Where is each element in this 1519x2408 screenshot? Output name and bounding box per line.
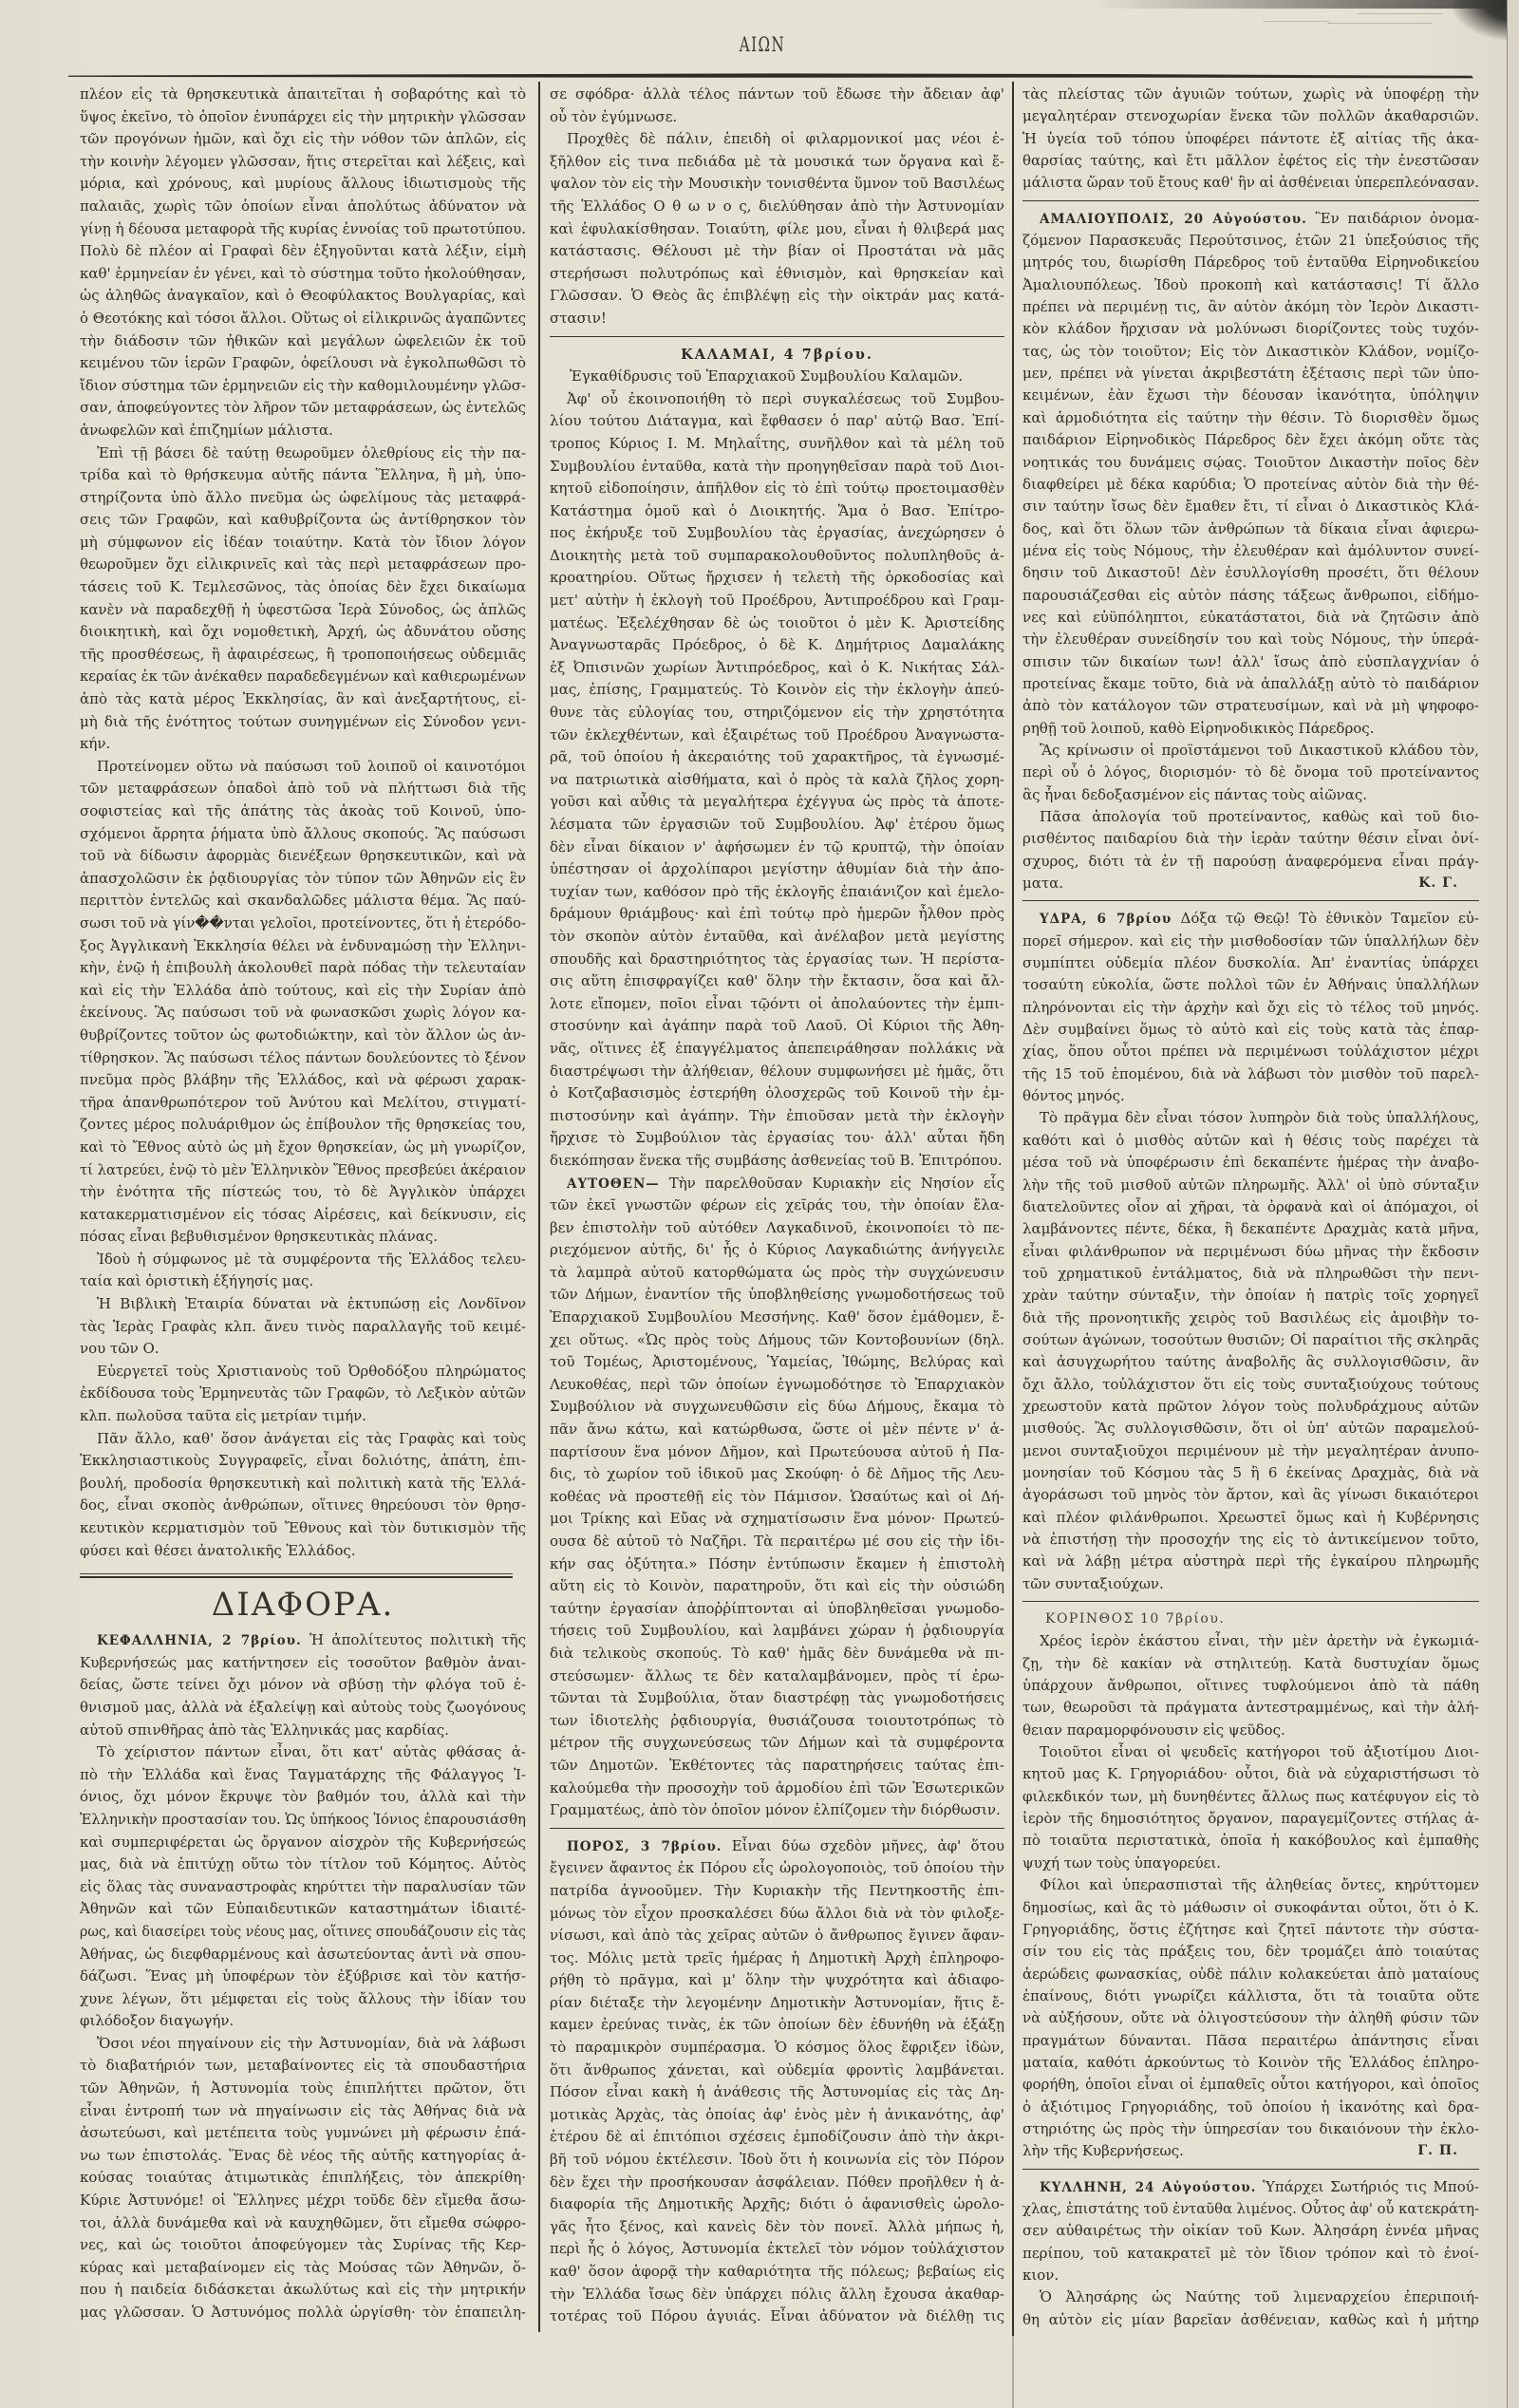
line-content: τὴν κοινὴν λέγομεν γλῶσσαν, ἥτις στερεῖτ… (80, 151, 526, 174)
line-text: Ἡ ἀπολίτευτος πολιτικὴ τῆς (309, 1631, 526, 1648)
line-text: μοι Τρίκης καὶ Εὔας νὰ σχηματίσωσιν ἕνα … (550, 1510, 1004, 1527)
line-content: στοσύνην καὶ ἀγάπην παρὰ τοῦ Λαοῦ. Οἱ Κύ… (550, 1015, 1004, 1038)
paragraph: ΑΜΑΛΙΟΥΠΟΛΙΣ, 20 Αὐγούστου. Ἓν παιδάριον… (1022, 208, 1479, 740)
text-line: θαρσίας ταύτης, καὶ ἔτι μᾶλλον ἐφέτος εἰ… (1022, 150, 1479, 172)
line-text: Ἀναγνωσταρᾶς Πρόεδρος, ὁ δὲ Κ. Δημήτριος… (550, 636, 1004, 653)
text-line: κιον. (1022, 2265, 1479, 2286)
paragraph: ΚΕΦΑΛΛΗΝΙΑ, 2 7βρίου. Ἡ ἀπολίτευτος πολι… (80, 1629, 526, 1741)
line-content: δράμουν θριάμβους· καὶ ἐπὶ τούτῳ πρὸ ἡμε… (550, 903, 1004, 926)
text-line: διὰ τῆς προνοητικῆς χειρὸς τοῦ Βασιλέως … (1022, 1307, 1479, 1329)
line-content: ἐξ Ὀπισινῶν χωρίων Ἀντιπρόεδρος, καὶ ὁ Κ… (550, 657, 1004, 680)
line-text: Κυβερνήσεώς μας κατήντησεν εἰς τοσοῦτον … (80, 1654, 526, 1671)
line-content: εἶναι ἐντροπή των νὰ πηγαίνωσιν εἰς τὰς … (80, 2100, 526, 2123)
line-text: ζοντες μέρος πολυάριθμον ὡς ἐπίβουλον τῆ… (80, 1116, 526, 1133)
line-text: Διοικητὴς μετὰ τοῦ συμπαρακολουθοῦντος π… (550, 547, 1004, 564)
text-line: πατρίδα ἀγνοοῦμεν. Τὴν Κυριακὴν τῆς Πεντ… (550, 1880, 1004, 1903)
line-content: γίνῃ ἡ δέουσα μεταφορὰ τῆς κυρίας ἐννοία… (80, 218, 526, 241)
line-text: ὑπάρχουν ἄνθρωποι, οἵτινες τυφλούμενοι ἀ… (1022, 1677, 1479, 1694)
line-content: ὁ Κοτζαβασισμὸς ἐστερήθη ὁλοσχερῶς τοῦ Κ… (550, 1082, 1004, 1105)
text-line: τῆρα ἀπανθρωπότερον τοῦ Ἀνύτου καὶ Μελίτ… (80, 1092, 526, 1115)
line-content: τῶν μεταφράσεων ὀπαδοὶ ἀπὸ τοῦ νὰ πλήττω… (80, 778, 526, 800)
text-line: γᾶς ἦτο ξένος, καὶ κανεὶς δὲν τὸν πονεῖ.… (550, 2216, 1004, 2239)
line-content: Ὅσοι νέοι πηγαίνουν εἰς τὴν Ἀστυνομίαν, … (97, 2033, 526, 2056)
paragraph: ΠΟΡΟΣ, 3 7βρίου. Εἶναι δύω σχεδὸν μῆνες,… (550, 1835, 1004, 2328)
line-content: σπουδῆς καὶ δραστηριότητος τὰς ἐργασίας … (550, 949, 1004, 971)
text-line: κητοῦ εἰδοποίησιν, ἀπῆλθον εἰς τὸ ἐπὶ το… (550, 478, 1004, 500)
line-text: διαφορία τῆς Δημοτικῆς Ἀρχῆς; διότι ὁ ἀφ… (550, 2195, 1004, 2212)
text-line: ματα.Κ. Γ. (1022, 873, 1479, 894)
line-text: Εἶναι δύω σχεδὸν μῆνες, ἀφ' ὅτου (732, 1837, 1004, 1854)
paragraph: Ἡ Βιβλικὴ Ἑταιρία δύναται νὰ ἐκτυπώσῃ εἰ… (80, 1293, 526, 1361)
line-text: όνιος, ὄχι μόνον ἔκρυψε τὸν βαθμόν του, … (80, 1788, 526, 1805)
article-column-right: τὰς πλείστας τῶν ἀγυιῶν τούτων, χωρὶς νὰ… (1022, 84, 1479, 2331)
line-text: τῶν Δήμων, ἐναντίον τῆς ὑποβληθείσης γνω… (550, 1286, 1004, 1303)
line-text: θόντος μηνός. (1022, 1087, 1125, 1104)
text-line: ΥΔΡΑ, 6 7βρίου Δόξα τῷ Θεῷ! Τὸ ἐθνικὸν Τ… (1022, 908, 1479, 930)
line-text: τῶν προγόνων ἡμῶν, καὶ ὄχι εἰς τὴν νόθον… (80, 130, 526, 147)
line-content: πληρόνονται εἰς τὴν ἀρχὴν καὶ ὄχι εἰς τὸ… (1022, 997, 1479, 1019)
line-content: πος ἐκήρυξε τοῦ Συμβουλίου τὰς ἐργασίας,… (550, 522, 1004, 545)
text-line: όνιος, ὄχι μόνον ἔκρυψε τὸν βαθμόν του, … (80, 1786, 526, 1809)
line-text: καθότι καὶ ὁ μισθὸς αὐτῶν καὶ ἡ θέσις το… (1022, 1132, 1479, 1149)
text-line: ρηθῇ τοῦ λοιποῦ, καθὸ Εἰρηνοδικικὸς Πάρε… (1022, 718, 1479, 740)
line-content: ἀσωτεύωσι, καὶ μετέπειτα τοὺς γυμνώνει μ… (80, 2122, 526, 2145)
line-text: Ἓν παιδάριον ὀνομα- (1315, 210, 1479, 227)
line-content: θεωροῦμεν ὄχι εἰλικρινεῖς καὶ τὰς περὶ μ… (80, 554, 526, 576)
text-line: ματέως. Ἐξελέχθησαν δὲ ὡς τοιοῦτοι ὁ μὲν… (550, 612, 1004, 635)
line-text: τὸ παραμικρὸν συμπέρασμα. Ὁ κόσμος ὅλος … (550, 2039, 1004, 2056)
text-line: κὴν, ἐνῷ ἡ ἐπιβουλὴ ἀκολουθεῖ παρὰ πόδας… (80, 957, 526, 980)
line-text: κούσας τοιαύτας ἀτιμωτικὰς ἐπιπλήξεις, τ… (80, 2169, 526, 2186)
line-text: Τὸ χείριστον πάντων εἶναι, ὅτι κατ' αὐτὰ… (97, 1743, 526, 1760)
text-line: Ἡ ὑγεία τοῦ τόπου ὑποφέρει πάντοτε ἐξ αἰ… (1022, 128, 1479, 150)
line-text: δείας, ὥστε τείνει ὄχι μόνον νὰ σβύσῃ τὴ… (80, 1676, 526, 1693)
text-line: σούτων ἀγώνων, τοσούτων θυσιῶν; Οἱ παραί… (1022, 1329, 1479, 1351)
line-text: ψαλον τὸν εἰς τὴν Μουσικὴν τονισθέντα ὕμ… (550, 175, 1004, 192)
line-content: των ἰδιοτελὴς ῥᾳδιουργία, θυσιάζουσα τοι… (550, 1710, 1004, 1733)
line-text: σιν ταύτην ἴσως δὲν ἔμαθεν ἔτι, τί εἶναι… (1022, 498, 1479, 515)
line-text: τοῦ Τομέως, Ἀριστομένους, Ὑαμείας, Ἰθώμη… (550, 1353, 1004, 1370)
line-content: τῶν Δημοτῶν. Ἐκθέτοντες τὰς παρατηρήσεις… (550, 1755, 1004, 1778)
line-text: ὁ Θεοτόκης καὶ τόσοι ἄλλοι. Οὕτως οἱ εἰλ… (80, 310, 526, 327)
line-content: Ἐπαρχιακοῦ Συμβουλίου Μεσσήνης. Καθ' ὅσο… (550, 1307, 1004, 1329)
line-text: θειαν παραμορφόνουσιν εἰς ψεῦδος. (1022, 1721, 1285, 1739)
line-text: Κατάστημα ὁμοῦ καὶ ὁ Διοικητής. Ἅμα ὁ Βα… (550, 502, 1004, 519)
line-content: τῶν συνταξιούχων. (1022, 1573, 1164, 1595)
line-content: τῆς 15 τοῦ ἐπομένου, διὰ νὰ λάβωσι τὸν μ… (1022, 1063, 1479, 1085)
line-text: τοτέρας τοῦ Πόρου ἀγυιάς. Εἶναι ἀδύνατον… (550, 2307, 1004, 2324)
line-content: τίθρησκον. Ἂς παύσωσι τέλος πάντων δουλε… (80, 1047, 526, 1070)
text-line: παιδάριον Εἰρηνοδικὸς Πάρεδρος δὲν ἔχει … (1022, 429, 1479, 451)
line-content: κητοῦ μας Κ. Γρηγοριάδου· οὗτοι, διὰ νὰ … (1022, 1763, 1479, 1785)
line-text: Ἐπαρχιακοῦ Συμβουλίου Μεσσήνης. Καθ' ὅσο… (550, 1308, 1004, 1326)
line-content: πὸ τὴν Ἑλλάδα καὶ ἕνας Ταγματάρχης τῆς Φ… (80, 1764, 526, 1787)
line-text: σούτων ἀγώνων, τοσούτων θυσιῶν; Οἱ παραί… (1022, 1331, 1479, 1348)
text-line: δράμουν θριάμβους· καὶ ἐπὶ τούτῳ πρὸ ἡμε… (550, 903, 1004, 926)
text-line: σχόμενοι ἄρρητα ῥήματα ὑπὸ ἄλλους σκοπού… (80, 823, 526, 846)
text-line: εἶναι ἐντροπή των νὰ πηγαίνωσιν εἰς τὰς … (80, 2100, 526, 2123)
line-text: ἐξ Ὀπισινῶν χωρίων Ἀντιπρόεδρος, καὶ ὁ Κ… (550, 659, 1004, 676)
line-content: Τὸ πρᾶγμα δὲν εἶναι τόσον λυπηρὸν διὰ το… (1040, 1107, 1479, 1129)
line-content: ζῃ, τὴν δὲ κακίαν νὰ στηλιτεύῃ. Κατὰ δυσ… (1022, 1653, 1479, 1675)
text-line: ἀπασχολῶσιν ἐκ ῥᾳδιουργίας τὸν τύπον τῶν… (80, 868, 526, 891)
line-content: καὶ τὸ Ἔθνος αὐτὸ ὡς μὴ ἔχον θρησκείαν, … (80, 1137, 526, 1159)
text-line: παλαιᾶς, χωρὶς τῶν ὁποίων εἶναι ἀπολύτως… (80, 196, 526, 218)
line-text: φύσει καὶ θέσει ἀνατολικῆς Ἑλλάδος. (80, 1542, 356, 1559)
text-line: ματαία, καθότι ἀρκούντως τὸ Κοινὸν τῆς Ἑ… (1022, 2052, 1479, 2074)
line-text: ματα. (1022, 875, 1063, 892)
headline: ΚΑΛΑΜΑΙ, 4 7βρίου. (550, 344, 1004, 367)
line-text: Χρέος ἱερὸν ἑκάστου εἶναι, τὴν μὲν ἀρετὴ… (1040, 1632, 1479, 1649)
line-content: στεύσωμεν· ἄλλως τε δὲν καταλαμβάνομεν, … (550, 1665, 1004, 1688)
paragraph: Τοιοῦτοι εἶναι οἱ ψευδεῖς κατήγοροι τοῦ … (1022, 1741, 1479, 1874)
text-line: κατακερματισμένον εἰς τόσας Αἱρέσεις, κα… (80, 1204, 526, 1227)
line-text: διὰ τῆς προνοητικῆς χειρὸς τοῦ Βασιλέως … (1022, 1309, 1479, 1326)
text-line: στηριότης ὡς πρὸς τὴν ὑπηρεσίαν του δικα… (1022, 2118, 1479, 2140)
line-text: Δόξα τῷ Θεῷ! Τὸ ἐθνικὸν Ταμεῖον εὐ- (1180, 910, 1478, 927)
line-text: Γραμματέως, ἀπὸ τὸν ὁποῖον μόνον ἐλπίζομ… (550, 1801, 1001, 1818)
text-line: θυβρίζοντες τοῦτον ὡς φωτοδιώκτην, καὶ τ… (80, 1025, 526, 1047)
text-line: Φίλοι καὶ ὑπερασπισταὶ τῆς ἀληθείας ὄντε… (1022, 1874, 1479, 1896)
text-line: θνισμοῦ μας, ἀλλὰ νὰ ἐξαλείψῃ καὶ αὐτοὺς… (80, 1697, 526, 1720)
line-text: ἐκδίδουσα τοὺς Ἑρμηνευτὰς τῶν Γραφῶν, τὸ… (80, 1384, 526, 1402)
line-text: Συμβουλίου ἐνταῦθα, κατὰ τὴν προηγηθεῖσα… (550, 458, 1004, 475)
text-line: στεύσωμεν· ἄλλως τε δὲν καταλαμβάνομεν, … (550, 1665, 1004, 1688)
text-line: τήσεις τοῦ Συμβουλίου, καὶ λαμβάνει χώρα… (550, 1620, 1004, 1643)
line-text: τῶνται τὰ Συμβούλια, ὅταν διαστρέφῃ τὰς … (550, 1689, 1004, 1706)
text-line: δημοσίως, καὶ ἂς τὸ μάθωσιν οἱ συκοφάντα… (1022, 1897, 1479, 1919)
line-content: Γρηγοριάδης, ὅστις ἐζήτησε καὶ ζητεῖ πάν… (1022, 1919, 1479, 1941)
text-line: κειμένου τῶν ἱερῶν Γραφῶν, ὀφείλουσι νὰ … (80, 352, 526, 375)
text-line: ἀερώδεις φωνασκίας, οὐδὲ πάλιν κολακεύετ… (1022, 1964, 1479, 1985)
text-line: μὴ διὰ τῆς ἑνότητος τούτων συνηγμένων εἰ… (80, 711, 526, 734)
line-content: ρηθῇ τοῦ λοιποῦ, καθὸ Εἰρηνοδικικὸς Πάρε… (1022, 718, 1374, 740)
text-line: μόνως τὸν εἶχον προσκαλέσει δύω ἄλλοι δι… (550, 1903, 1004, 1926)
line-text: νω των ἐπιστολάς. Ἕνας δὲ νέος τῆς αὐτῆς… (80, 2147, 526, 2164)
text-line: ἀνωφελῶν καὶ ἐπιζημίων μάλιστα. (80, 420, 526, 442)
line-text: ταύτην ἐργασίαν ἀποῤῥίπτονται αἱ ὑποβληθ… (550, 1600, 1004, 1617)
text-line: λοτε εἴπομεν, ποῖοι εἶναι τῷόντι οἱ ἀπολ… (550, 993, 1004, 1016)
line-content: ἀερώδεις φωνασκίας, οὐδὲ πάλιν κολακεύετ… (1022, 1964, 1479, 1985)
text-line: ἐκδίδουσα τοὺς Ἑρμηνευτὰς τῶν Γραφῶν, τὸ… (80, 1383, 526, 1405)
line-content: πραγμάτων δύνανται. Πᾶσα περαιτέρω ἀπάντ… (1022, 2030, 1479, 2052)
line-text: ἐπαίνους, διότι γνωρίζει κάλλιστα, ὅτι τ… (1022, 1987, 1479, 2004)
text-line: ὑπέστησαν οἱ ἀρχολίπαροι μεγίστην ἀθυμία… (550, 858, 1004, 881)
line-text: πραγμάτων δύνανται. Πᾶσα περαιτέρω ἀπάντ… (1022, 2032, 1479, 2049)
line-text: λέσματα τῶν ἐργασιῶν τοῦ Συμβουλίου. Ἀφ'… (550, 816, 1004, 833)
text-line: ἤρχισε τὸ Συμβούλιον τὰς ἐργασίας του· ἀ… (550, 1127, 1004, 1150)
line-content: Γλῶσσαν. Ὁ Θεὸς ἂς ἐπιβλέψῃ εἰς τὴν οἰκτ… (550, 285, 1004, 308)
text-line: Γραμματέως, ἀπὸ τὸν ὁποῖον μόνον ἐλπίζομ… (550, 1799, 1004, 1822)
line-text: ἐκείνους. Ἂς παύσωσι τοῦ νὰ φωνασκῶσι χω… (80, 1004, 526, 1021)
line-text: χλας, ἐπιστάτης τοῦ ἐνταῦθα λιμένος. Οὗτ… (1022, 2200, 1479, 2217)
text-line: καθότι καὶ ὁ μισθὸς αὐτῶν καὶ ἡ θέσις το… (1022, 1130, 1479, 1152)
line-text: μάλιστα ὥραν τοῦ ἔτους καθ' ἣν αἱ ἀσθένε… (1022, 174, 1479, 191)
line-content: Δὲν συμβαίνει ὅμως τὸ αὐτὸ καὶ εἰς τοὺς … (1022, 1019, 1479, 1041)
line-content: σιν ταύτην ἴσως δὲν ἔμαθεν ἔτι, τί εἶναι… (1022, 496, 1479, 517)
paragraph: Φίλοι καὶ ὑπερασπισταὶ τῆς ἀληθείας ὄντε… (1022, 1874, 1479, 2162)
line-text: αὕτη εἰς τὸ Κοινὸν, παρατηροῦν, ὅτι καὶ … (550, 1577, 1004, 1594)
line-text: περιττὸν ἐντελῶς καὶ σκανδαλῶδες μάλιστα… (80, 892, 526, 909)
line-text: Ἀθηνῶν καὶ τῶν Εὐπαιδευτικῶν καταστημάτω… (80, 1900, 526, 1917)
text-line: διὰ τελικοὺς σκοπούς. Τὸ καθ' ἡμᾶς δὲν δ… (550, 1643, 1004, 1665)
line-content: Κύριε Ἀστυνόμε! οἱ Ἕλληνες μέχρι τοῦδε δ… (80, 2190, 526, 2212)
text-line: φορήθη, ὁποῖοι εἶναι οἱ ἐμπαθεῖς οὗτοι κ… (1022, 2074, 1479, 2096)
line-content: ρίαν διέταξε τὴν λεγομένην Δημοτικὴν Ἀστ… (550, 1992, 1004, 2015)
text-line: νὰ αὐξήσουν, οὔτε νὰ ὀλιγοστεύσουν τὴν ἀ… (1022, 2007, 1479, 2029)
line-text: ρᾶ, τοῦ ὁποίου ἡ ἀκεραιότης τοῦ χαρακτῆρ… (550, 748, 1004, 765)
text-line: τὴν Ἑλλάδα ἴσως δὲν ὑπάρχει πόλις ἄλλη ἔ… (550, 2284, 1004, 2306)
text-line: φιλεκδικόν των, μὴ δυνηθέντες ἄλλως πως … (1022, 1786, 1479, 1808)
line-text: στασιν! (550, 310, 607, 327)
line-text: γίνῃ ἡ δέουσα μεταφορὰ τῆς κυρίας ἐννοία… (80, 220, 526, 237)
line-text: φιλεκδικόν των, μὴ δυνηθέντες ἄλλως πως … (1022, 1788, 1479, 1805)
line-content: Ἡ Βιβλικὴ Ἑταιρία δύναται νὰ ἐκτυπώσῃ εἰ… (97, 1293, 526, 1316)
text-line: Προχθὲς δὲ πάλιν, ἐπειδὴ οἱ φιλαρμονικοί… (550, 128, 1004, 151)
text-line: πος ἐκήρυξε τοῦ Συμβουλίου τὰς ἐργασίας,… (550, 522, 1004, 545)
line-text: φορήθη, ὁποῖοι εἶναι οἱ ἐμπαθεῖς οὗτοι κ… (1022, 2076, 1479, 2093)
line-text: Κύριε Ἀστυνόμε! οἱ Ἕλληνες μέχρι τοῦδε δ… (80, 2192, 526, 2209)
line-content: λέσματα τῶν ἐργασιῶν τοῦ Συμβουλίου. Ἀφ'… (550, 814, 1004, 837)
line-content: σεις τῶν Γραφῶν, καὶ καθυβρίζοντα ὡς ἀντ… (80, 509, 526, 532)
line-text: τὸν σκοπὸν αὐτὸν ἐνταῦθα, καὶ ἀνέλαβον μ… (550, 928, 1004, 945)
text-line: στηρίζοντα ὑπὸ ἄλλο πνεῦμα ὡς ὠφελίμους … (80, 487, 526, 510)
text-line: πᾶν ἄνω κάτω, καὶ κατώρθωσα, ὥστε οἱ μὲν… (550, 1419, 1004, 1441)
text-line: πνεῦμα πρὸς βλάβην τῆς Ἑλλάδος, καὶ νὰ φ… (80, 1069, 526, 1092)
line-content: τῶν Δήμων, ἐναντίον τῆς ὑποβληθείσης γνω… (550, 1284, 1004, 1307)
paragraph: Πᾶν ἄλλο, καθ' ὅσον ἀνάγεται εἰς τὰς Γρα… (80, 1428, 526, 1563)
line-text: καθ' ὅσον ἀφορᾷ τὴν καθαριότητα τῆς πόλε… (550, 2263, 1004, 2280)
paragraph: ΑΥΤΟΘΕΝ— Τὴν παρελθοῦσαν Κυριακὴν εἰς Νη… (550, 1173, 1004, 1822)
paragraph: Προχθὲς δὲ πάλιν, ἐπειδὴ οἱ φιλαρμονικοί… (550, 128, 1004, 329)
line-text: λοτε εἴπομεν, ποῖοι εἶναι τῷόντι οἱ ἀπολ… (550, 995, 1004, 1012)
line-text: Ἀθήνας, ὡς διεφθαρμένους καὶ ἀσωτεύοντας… (80, 1946, 526, 1963)
line-content: δημοσίως, καὶ ἂς τὸ μάθωσιν οἱ συκοφάντα… (1022, 1897, 1479, 1919)
line-content: ἀπὸ τὸν κατάλογον τῶν στρατευσίμων, καὶ … (1022, 695, 1479, 717)
text-line: φύσει καὶ θέσει ἀνατολικῆς Ἑλλάδος. (80, 1540, 526, 1563)
text-line: μέτρον τῆς συγχωνεύσεως τῶν Δήμων καὶ τὰ… (550, 1732, 1004, 1755)
text-line: τάσεις τοῦ Κ. Τεμλεσῶνος, τὰς ὁποίας δὲν… (80, 576, 526, 599)
line-content: διεκόπησαν ἕνεκα τῆς συμβάσης ἀσθενείας … (550, 1150, 1003, 1173)
text-line: αὕτη εἰς τὸ Κοινὸν, παρατηροῦν, ὅτι καὶ … (550, 1575, 1004, 1598)
line-content: προτείνας ἔκαμε τοῦτο, διὰ νὰ ἀπαλλάξῃ α… (1022, 673, 1479, 695)
paragraph: ΚΥΛΛΗΝΗ, 24 Αὐγούστου. Ὑπάρχει Σωτήριός … (1022, 2176, 1479, 2287)
line-content: τος. Μόλις μετὰ τρεῖς ἡμέρας ἡ Δημοτικὴ … (550, 1947, 1004, 1970)
line-content: τὰς πλείστας τῶν ἀγυιῶν τούτων, χωρὶς νὰ… (1022, 84, 1479, 105)
line-content: τῶνται τὰ Συμβούλια, ὅταν διαστρέφῃ τὰς … (550, 1687, 1004, 1710)
line-text: διοικητικὴ, καὶ ὄχι νομοθετικὴ, Ἀρχή, ὡς… (80, 623, 526, 640)
line-content: εἶναι φιλάνθρωπον νὰ περιμένωσι δύω μῆνα… (1022, 1241, 1479, 1263)
line-text: Συμβούλιον νὰ συγχωνευθῶσιν εἰς δύω Δήμο… (550, 1398, 1004, 1415)
line-text: χει οὕτως. «Ὡς πρὸς τοὺς Δήμους τῶν Κοντ… (550, 1331, 1004, 1348)
line-text: μόρια, καὶ χρόνους, καὶ μυρίους ἄλλους ἰ… (80, 175, 526, 192)
paragraph: ΥΔΡΑ, 6 7βρίου Δόξα τῷ Θεῷ! Τὸ ἐθνικὸν Τ… (1022, 908, 1479, 1107)
line-content: τας, ὡς τὸν τοιοῦτον; Εἰς τὸν Δικαστικὸν… (1022, 341, 1479, 363)
line-content: κανὲν νὰ παραδεχθῇ ἡ ὑφεστῶσα Ἱερὰ Σύνοδ… (80, 599, 526, 622)
text-line: Ἂς κρίνωσιν οἱ προϊστάμενοι τοῦ Δικαστικ… (1022, 740, 1479, 762)
line-text: ἱερὸν τῆς δημοσιότητος ὄργανον, παραγεμί… (1022, 1810, 1479, 1827)
dateline: ΠΟΡΟΣ, 3 7βρίου. (567, 1839, 722, 1854)
line-content: τὰς Ἱερὰς Γραφὰς κλπ. ἄνευ τινὸς παραλλα… (80, 1316, 526, 1339)
text-line: χλας, ἐπιστάτης τοῦ ἐνταῦθα λιμένος. Οὗτ… (1022, 2198, 1479, 2220)
line-text: ρως, καὶ διασείρει τοὺς νέους μας, οἵτιν… (80, 1923, 526, 1940)
line-text: ἤρχισε τὸ Συμβούλιον τὰς ἐργασίας του· ἀ… (550, 1129, 1004, 1146)
line-text: μοτικὰς Ἀρχὰς, τὰς ὁποίας ἀφ' ἑνὸς μὲν ἡ… (550, 2106, 1004, 2123)
line-content: πνεῦμα πρὸς βλάβην τῆς Ἑλλάδος, καὶ νὰ φ… (80, 1069, 526, 1092)
text-line: ἑτέρου δὲ αἱ ἐπιτόπιοι σχέσεις ἐμποδίζου… (550, 2126, 1004, 2149)
line-content: ὡς ἀληθῶς ἀναγκαῖον, καὶ ὁ Θεοφύλακτος Β… (80, 285, 526, 308)
line-content: ὅτι ἄνθρωπος χάνεται, καὶ οὐδεμία φροντὶ… (550, 2060, 1004, 2082)
line-content: τῶν Ἀθηνῶν, ἡ Ἀστυνομία τοὺς ἐπιπλήττει … (80, 2078, 526, 2100)
line-text: διεκόπησαν ἕνεκα τῆς συμβάσης ἀσθενείας … (550, 1152, 1003, 1169)
line-text: τῆρα ἀπανθρωπότερον τοῦ Ἀνύτου καὶ Μελίτ… (80, 1094, 526, 1111)
text-line: σίν του εἰς τὰς πράξεις του, δὲν τρομάζε… (1022, 1941, 1479, 1963)
text-line: καμεν ἐρεύνας τινὰς, ἐκ τῶν ὁποίων δὲν ἐ… (550, 2014, 1004, 2037)
line-content: ουσα δὲ αὐτοῦ τὸ Ναζῆρι. Τὰ περαιτέρω μέ… (550, 1531, 1004, 1553)
line-content: ἐπαίνους, διότι γνωρίζει κάλλιστα, ὅτι τ… (1022, 1985, 1479, 2007)
paragraph: Τὸ χείριστον πάντων εἶναι, ὅτι κατ' αὐτὰ… (80, 1741, 526, 2033)
line-text: Ἀφ' οὗ ἐκοινοποιήθη τὸ περὶ συγκαλέσεως … (567, 390, 1004, 407)
text-line: τῶν προγόνων ἡμῶν, καὶ ὄχι εἰς τὴν νόθον… (80, 128, 526, 151)
text-line: μονησίαν τοῦ Κόσμου τὰς 5 ἢ 6 ἐκείνας Δρ… (1022, 1462, 1479, 1484)
line-content: κροατηρίου. Οὕτως ἤρχισεν ἡ τελετὴ τῆς ὁ… (550, 567, 1004, 590)
line-content: μετ' αὐτὴν ἡ ἐκλογὴ τοῦ Προέδρου, Ἀντιπρ… (550, 590, 1004, 612)
line-text: τῶν ἐκεῖ γνωστῶν φέρων εἰς χεῖράς του, τ… (550, 1196, 1004, 1213)
line-content: ματα. (1022, 873, 1063, 894)
line-text: τὴν ἑνότητα τῆς πίστεώς του, τὸ δὲ Ἀγγλι… (80, 1183, 526, 1200)
line-text: καὶ εἰς τὴν Ἑλλάδα ἀπὸ τούτους, καὶ εἰς … (80, 982, 526, 999)
paragraph: Ὁ Ἀλησάρης ὡς Ναύτης τοῦ λιμεναρχείου ἐπ… (1022, 2286, 1479, 2331)
line-content: περὶ ἧς ὁ λόγος, Ἀστυνομία ἐκτελεῖ τὸν ν… (550, 2238, 1004, 2261)
text-line: ἀπὸ τὸν κατάλογον τῶν στρατευσίμων, καὶ … (1022, 695, 1479, 717)
line-content: τὸ διαβατήριόν των, μεταβαίνοντες εἰς τὰ… (80, 2055, 526, 2078)
column-divider-left (538, 82, 540, 2332)
text-line: δος, εἶναι σκοπὸς ἀνθρώπων, οἵτινες θηρε… (80, 1495, 526, 1517)
line-content: Διοικητὴς μετὰ τοῦ συμπαρακολουθοῦντος π… (550, 545, 1004, 568)
line-content: τοσαύτη εὐκολία, ὥστε πολλοὶ τῶν ἐν Ἀθήν… (1022, 974, 1479, 996)
line-text: νοητικάς του δυνάμεις σῴας. Τοιοῦτον Δικ… (1022, 454, 1479, 471)
text-line: μετ' αὐτὴν ἡ ἐκλογὴ τοῦ Προέδρου, Ἀντιπρ… (550, 590, 1004, 612)
headline-text: ΚΑΛΑΜΑΙ, 4 7βρίου. (681, 344, 873, 367)
line-text: ἑτέρου δὲ αἱ ἐπιτόπιοι σχέσεις ἐμποδίζου… (550, 2128, 1004, 2145)
line-content: βουλή, προδοσία θρησκευτικὴ καὶ πολιτικὴ… (80, 1473, 526, 1496)
line-content: παιδάριον Εἰρηνοδικὸς Πάρεδρος δὲν ἔχει … (1022, 429, 1479, 451)
line-text: κατακερματισμένον εἰς τόσας Αἱρέσεις, κα… (80, 1206, 526, 1223)
text-line: των ἰδιοτελὴς ῥᾳδιουργία, θυσιάζουσα τοι… (550, 1710, 1004, 1733)
line-content: Τὸ χείριστον πάντων εἶναι, ὅτι κατ' αὐτὰ… (97, 1741, 526, 1764)
line-text: μὴ σύμφωνον εἰς ἰδέαν τοιαύτην. Κατὰ τὸν… (80, 534, 526, 551)
text-line: τῶν ἐκλεχθέντων, καὶ ἐξαιρέτως τοῦ Προέδ… (550, 724, 1004, 747)
text-line: τὰς Ἱερὰς Γραφὰς κλπ. ἄνευ τινὸς παραλλα… (80, 1316, 526, 1339)
dateline: ΑΥΤΟΘΕΝ— (567, 1176, 660, 1192)
line-content: σις αὕτη ἐπισφραγίζει καθ' ὅλην τὴν ἔκτα… (550, 970, 1004, 993)
line-content: Πᾶσα ἀπολογία τοῦ προτείναντος, καθὼς κα… (1040, 806, 1479, 828)
line-content: κύρας καὶ μεταβαίνομεν εἰς τὰς Μούσας τῶ… (80, 2257, 526, 2280)
text-line: τί λατρεύει, ἐνῷ τὸ μὲν Ἑλληνικὸν Ἔθνος … (80, 1159, 526, 1182)
line-content: μὴ σύμφωνον εἰς ἰδέαν τοιαύτην. Κατὰ τὸν… (80, 532, 526, 555)
line-text: που ἡ παιδεία διδάσκεται ἀκωλύτως καὶ εἰ… (80, 2281, 526, 2298)
line-text: σις αὕτη ἐπισφραγίζει καθ' ὅλην τὴν ἔκτα… (550, 972, 1004, 989)
paragraph: πλέον εἰς τὰ θρησκευτικὰ ἀπαιτεῖται ἡ σο… (80, 84, 526, 442)
text-line: ἀσωτεύωσι, καὶ μετέπειτα τοὺς γυμνώνει μ… (80, 2122, 526, 2145)
text-line: σεν αὐθαιρέτως τὴν οἰκίαν τοῦ Κων. Ἀλησά… (1022, 2220, 1479, 2242)
text-line: τῶνται τὰ Συμβούλια, ὅταν διαστρέφῃ τὰς … (550, 1687, 1004, 1710)
line-text: ρίαν διέταξε τὴν λεγομένην Δημοτικὴν Ἀστ… (550, 1994, 1004, 2011)
line-text: τὰ λαμπρὰ αὐτοῦ κατορθώματα ὡς πρὸς τὴν … (550, 1264, 1004, 1281)
line-content: ψαλον τὸν εἰς τὴν Μουσικὴν τονισθέντα ὕμ… (550, 173, 1004, 196)
line-content: μονησίαν τοῦ Κόσμου τὰς 5 ἢ 6 ἐκείνας Δρ… (1022, 1462, 1479, 1484)
line-content: Ἑλληνικὴν προστασίαν του. Ὡς ὑπήκοος Ἰόν… (80, 1809, 526, 1832)
text-line: στοσύνην καὶ ἀγάπην παρὰ τοῦ Λαοῦ. Οἱ Κύ… (550, 1015, 1004, 1038)
text-line: μας γλῶσσαν. Ὁ Ἀστυνόμος πολλὰ ὠργίσθη· … (80, 2302, 526, 2324)
text-line: καὶ τὸ Ἔθνος αὐτὸ ὡς μὴ ἔχον θρησκείαν, … (80, 1137, 526, 1159)
line-content: χλας, ἐπιστάτης τοῦ ἐνταῦθα λιμένος. Οὗτ… (1022, 2198, 1479, 2220)
line-text: δράμουν θριάμβους· καὶ ἐπὶ τούτῳ πρὸ ἡμε… (550, 905, 1004, 922)
line-content: ἱερὸν τῆς δημοσιότητος ὄργανον, παραγεμί… (1022, 1808, 1479, 1830)
line-text: περὶ οὗ ὁ λόγος, διορισμόν· τὸ δὲ ὄνομα … (1022, 763, 1479, 781)
line-text: παρουσιάζεσθαι εἰς αὐτὸν πάσης τάξεως ἄν… (1022, 587, 1479, 604)
text-line: ὡς ἀληθῶς ἀναγκαῖον, καὶ ὁ Θεοφύλακτος Β… (80, 285, 526, 308)
line-content: ὁ Θεοτόκης καὶ τόσοι ἄλλοι. Οὕτως οἱ εἰλ… (80, 308, 526, 330)
line-text: κήν σας ὀξύτητα.» Πόσην ἐντύπωσιν ἔκαμεν… (550, 1555, 1004, 1572)
line-content: θνισμοῦ μας, ἀλλὰ νὰ ἐξαλείψῃ καὶ αὐτοὺς… (80, 1697, 526, 1720)
text-line: καὶ ἐφυλακίσθησαν. Τοιαύτη, φίλε μου, εἶ… (550, 218, 1004, 241)
line-text: Φίλοι καὶ ὑπερασπισταὶ τῆς ἀληθείας ὄντε… (1040, 1876, 1479, 1893)
text-line: μεν, πρέπει νὰ γίνεται ἀκριβεστάτη ἐξέτα… (1022, 363, 1479, 385)
line-text: νᾶς, οἵτινες ἐξ ἐπαγγέλματος ἀπεπειράθησ… (550, 1040, 1004, 1057)
line-text: τροπος Κύριος Ι. Μ. Μηλαΐτης, συνῆλθον κ… (550, 435, 1004, 452)
line-text: λὴν τῆς τοῦ μισθοῦ αὐτῶν πληρωμῆς. Ἀλλ' … (1022, 1176, 1479, 1194)
line-content: καμεν ἐρεύνας τινὰς, ἐκ τῶν ὁποίων δὲν ἐ… (550, 2014, 1004, 2037)
text-line: πραγμάτων δύνανται. Πᾶσα περαιτέρω ἀπάντ… (1022, 2030, 1479, 2052)
text-line: ρήθη τὸ πρᾶγμα, καὶ μ' ὅλην τὴν ψυχρότητ… (550, 1969, 1004, 1992)
dateline: ΚΕΦΑΛΛΗΝΙΑ, 2 7βρίου. (97, 1633, 302, 1648)
line-content: πορεῖ σήμερον. καὶ εἰς τὴν μισθοδοσίαν τ… (1022, 931, 1479, 952)
line-content: δὲν εἶναι δίκαιον ν' ἀφήσωμεν ἐν τῷ κρυπ… (550, 837, 1004, 859)
line-content: τὰ λαμπρὰ αὐτοῦ κατορθώματα ὡς πρὸς τὴν … (550, 1262, 1004, 1285)
text-line: ουσα δὲ αὐτοῦ τὸ Ναζῆρι. Τὰ περαιτέρω μέ… (550, 1531, 1004, 1553)
text-line: ἀπὸ τὰς κατὰ μέρος Ἐκκλησίας, ἂν καὶ ἀνε… (80, 688, 526, 711)
line-content: τῶν ἐκλεχθέντων, καὶ ἐξαιρέτως τοῦ Προέδ… (550, 724, 1004, 747)
line-text: ὁ Κοτζαβασισμὸς ἐστερήθη ὁλοσχερῶς τοῦ Κ… (550, 1084, 1004, 1101)
page-edge-strip (1508, 0, 1519, 2408)
text-line: διεκόπησαν ἕνεκα τῆς συμβάσης ἀσθενείας … (550, 1150, 1004, 1173)
line-content: μέτρον τῆς συγχωνεύσεως τῶν Δήμων καὶ τὰ… (550, 1732, 1004, 1755)
text-line: καὶ εἰς τὴν Ἑλλάδα ἀπὸ τούτους, καὶ εἰς … (80, 980, 526, 1003)
text-line: διοικητικὴ, καὶ ὄχι νομοθετικὴ, Ἀρχή, ὡς… (80, 621, 526, 644)
line-content: τρίδα καὶ τὸ θρήσκευμα αὐτῆς πάντα Ἕλλην… (80, 464, 526, 487)
line-text: οὗ τὸν ἐγύμνωσε. (550, 108, 677, 125)
text-line: Λευκοθέας, περὶ τῶν ὁποίων ἐγνωμοδότησε … (550, 1374, 1004, 1397)
line-content: όνιος, ὄχι μόνον ἔκρυψε τὸν βαθμόν του, … (80, 1786, 526, 1809)
line-content: λὴν τῆς Κυβερνήσεως. (1022, 2140, 1184, 2162)
text-line: τῆς προσθέσεως, ἢ ἀφαιρέσεως, ἢ τροποποι… (80, 644, 526, 667)
text-line: πόσας εἶναι βεβυθισμένον θρησκευτικὰς πλ… (80, 1226, 526, 1249)
line-text: Ὅσοι νέοι πηγαίνουν εἰς τὴν Ἀστυνομίαν, … (97, 2035, 526, 2052)
line-text: τὴν κοινὴν λέγομεν γλῶσσαν, ἥτις στερεῖτ… (80, 153, 526, 170)
text-line: Εὐεργετεῖ τοὺς Χριστιανοὺς τοῦ Ὀρθοδόξου… (80, 1361, 526, 1383)
text-line: Ἀθηνῶν καὶ τῶν Εὐπαιδευτικῶν καταστημάτω… (80, 1898, 526, 1921)
line-content: κοθέας νὰ προστεθῇ εἰς τὸν Πάμισον. Ὡσαύ… (550, 1486, 1004, 1509)
line-content: δις, τὸ χωρίον τοῦ ἰδικοῦ μας Σκούφη· ὁ … (550, 1463, 1004, 1486)
line-text: λίου τούτου Διάταγμα, καὶ ἔφθασεν ὁ παρ'… (550, 412, 1004, 429)
line-text: ἀσωτεύωσι, καὶ μετέπειτα τοὺς γυμνώνει μ… (80, 2124, 526, 2141)
line-content: ψυχή των τοὺς ὑπαγορεύει. (1022, 1853, 1221, 1874)
line-content: ζόμενον Παρασκευᾶς Περούτσινος, ἐτῶν 21 … (1022, 230, 1479, 252)
line-text: τοῦ χρηματικοῦ ἐντάλματος, διὰ νὰ πληρωθ… (1022, 1265, 1479, 1282)
line-text: σχόμενοι ἄρρητα ῥήματα ὑπὸ ἄλλους σκοπού… (80, 825, 526, 842)
text-line: χρεωστοῦν κατὰ πρῶτον λόγον τοὺς πολυδρά… (1022, 1396, 1479, 1418)
